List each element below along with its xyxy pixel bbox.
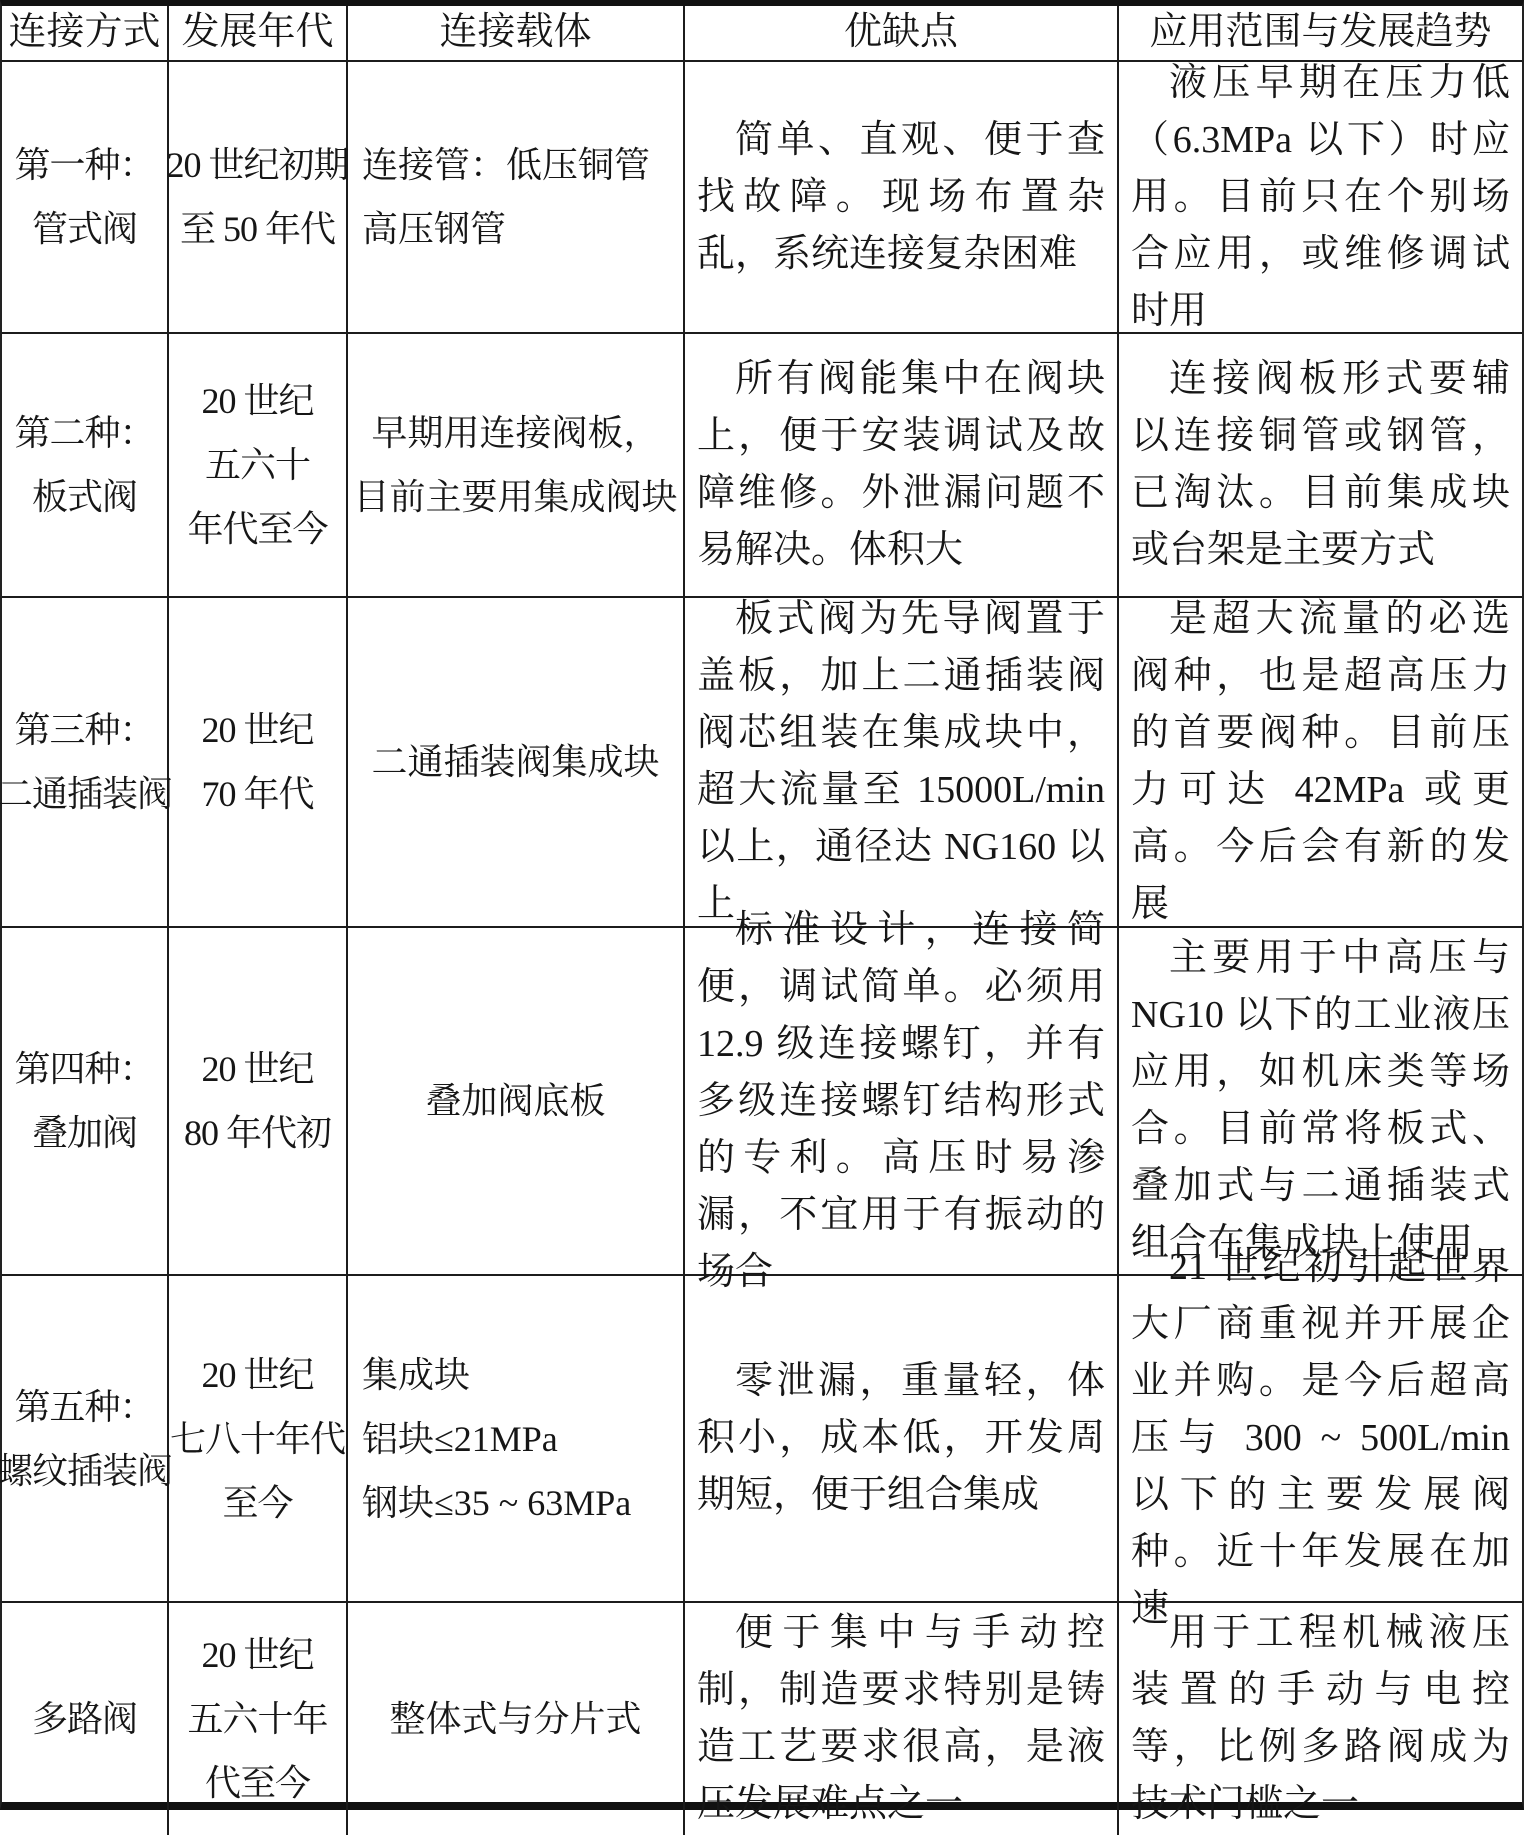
cell-application: 主要用于中高压与 NG10 以下的工业液压应用，如机床类等场合。目前常将板式、叠… (1119, 928, 1522, 1276)
text-line: 叠加阀 (32, 1101, 137, 1165)
header-label: 发展年代 (181, 12, 333, 54)
text-line: 整体式与分片式 (389, 1687, 641, 1751)
text-line: 第五种： (14, 1375, 154, 1439)
text-line: 螺纹插装阀 (0, 1439, 172, 1503)
cell-era: 20 世纪七八十年代至今 (169, 1276, 348, 1603)
cell-paragraph: 是超大流量的必选阀种，也是超高压力的首要阀种。目前压力可达 42MPa 或更高。… (1131, 591, 1510, 933)
cell-era: 20 世纪五六十年代至今 (169, 1603, 348, 1835)
scanned-table-page: 连接方式 发展年代 连接载体 优缺点 应用范围与发展趋势 第一种：管式阀 20 … (0, 0, 1524, 1810)
cell-application: 是超大流量的必选阀种，也是超高压力的首要阀种。目前压力可达 42MPa 或更高。… (1119, 598, 1522, 928)
cell-application: 连接阀板形式要辅以连接铜管或钢管，已淘汰。目前集成块或台架是主要方式 (1119, 334, 1522, 598)
text-line: 板式阀 (32, 465, 137, 529)
text-line: 叠加阀底板 (425, 1069, 605, 1133)
text-line: 第二种： (14, 401, 154, 465)
cell-connection-method: 第二种：板式阀 (2, 334, 169, 598)
text-line: 20 世纪 (201, 1037, 313, 1101)
cell-application: 用于工程机械液压装置的手动与电控等，比例多路阀成为技术门槛之一 (1119, 1603, 1522, 1835)
cell-paragraph: 简单、直观、便于查找故障。现场布置杂乱，系统连接复杂困难 (697, 112, 1105, 283)
text-line: 连接管：低压铜管 (362, 133, 650, 197)
cell-era: 20 世纪80 年代初 (169, 928, 348, 1276)
text-line: 80 年代初 (184, 1101, 331, 1165)
text-line: 早期用连接阀板， (371, 401, 659, 465)
text-line: 铝块≤21MPa (362, 1407, 558, 1471)
text-line: 五六十年 (187, 1687, 327, 1751)
cell-carrier: 集成块铝块≤21MPa钢块≤35 ~ 63MPa (348, 1276, 685, 1603)
cell-paragraph: 板式阀为先导阀置于盖板，加上二通插装阀阀芯组装在集成块中，超大流量至 15000… (697, 591, 1105, 933)
cell-paragraph: 主要用于中高压与 NG10 以下的工业液压应用，如机床类等场合。目前常将板式、叠… (1131, 930, 1510, 1272)
text-line: 五六十 (205, 433, 310, 497)
text-line: 第三种： (14, 698, 154, 762)
cell-connection-method: 第三种：二通插装阀 (2, 598, 169, 928)
header-label: 连接方式 (8, 12, 160, 54)
cell-era: 20 世纪五六十年代至今 (169, 334, 348, 598)
text-line: 20 世纪 (201, 698, 313, 762)
cell-carrier: 早期用连接阀板，目前主要用集成阀块 (348, 334, 685, 598)
header-cell-connection-method: 连接方式 (2, 6, 169, 62)
text-line: 目前主要用集成阀块 (353, 465, 677, 529)
header-label: 优缺点 (844, 12, 958, 54)
text-line: 20 世纪 (201, 1623, 313, 1687)
text-line: 第四种： (14, 1037, 154, 1101)
cell-connection-method: 第一种：管式阀 (2, 62, 169, 334)
header-cell-carrier: 连接载体 (348, 6, 685, 62)
text-line: 二通插装阀集成块 (371, 730, 659, 794)
cell-paragraph: 标准设计，连接简便，调试简单。必须用 12.9 级连接螺钉，并有多级连接螺钉结构… (697, 902, 1105, 1301)
text-line: 70 年代 (201, 762, 313, 826)
cell-carrier: 连接管：低压铜管高压钢管 (348, 62, 685, 334)
cell-carrier: 整体式与分片式 (348, 1603, 685, 1835)
cell-connection-method: 第四种：叠加阀 (2, 928, 169, 1276)
cell-era: 20 世纪初期至 50 年代 (169, 62, 348, 334)
header-cell-pros-cons: 优缺点 (685, 6, 1119, 62)
text-line: 钢块≤35 ~ 63MPa (362, 1471, 631, 1535)
text-line: 至 50 年代 (180, 197, 335, 261)
cell-paragraph: 零泄漏，重量轻，体积小，成本低，开发周期短，便于组合集成 (697, 1353, 1105, 1524)
cell-application: 液压早期在压力低（6.3MPa 以下）时应用。目前只在个别场合应用，或维修调试时… (1119, 62, 1522, 334)
cell-connection-method: 多路阀 (2, 1603, 169, 1835)
text-line: 高压钢管 (362, 197, 506, 261)
cell-paragraph: 用于工程机械液压装置的手动与电控等，比例多路阀成为技术门槛之一 (1131, 1605, 1510, 1833)
cell-application: 21 世纪初引起世界大厂商重视并开展企业并购。是今后超高压与 300 ~ 500… (1119, 1276, 1522, 1603)
cell-pros-cons: 标准设计，连接简便，调试简单。必须用 12.9 级连接螺钉，并有多级连接螺钉结构… (685, 928, 1119, 1276)
text-line: 二通插装阀 (0, 762, 172, 826)
text-line: 七八十年代 (170, 1407, 345, 1471)
text-line: 代至今 (205, 1751, 310, 1815)
cell-connection-method: 第五种：螺纹插装阀 (2, 1276, 169, 1603)
text-line: 多路阀 (32, 1687, 137, 1751)
text-line: 集成块 (362, 1343, 470, 1407)
cell-pros-cons: 简单、直观、便于查找故障。现场布置杂乱，系统连接复杂困难 (685, 62, 1119, 334)
valve-connection-table: 连接方式 发展年代 连接载体 优缺点 应用范围与发展趋势 第一种：管式阀 20 … (2, 6, 1522, 1802)
header-label: 连接载体 (439, 12, 591, 54)
header-label: 应用范围与发展趋势 (1149, 12, 1491, 54)
text-line: 20 世纪 (201, 369, 313, 433)
cell-paragraph: 21 世纪初引起世界大厂商重视并开展企业并购。是今后超高压与 300 ~ 500… (1131, 1239, 1510, 1638)
cell-era: 20 世纪70 年代 (169, 598, 348, 928)
cell-pros-cons: 所有阀能集中在阀块上，便于安装调试及故障维修。外泄漏问题不易解决。体积大 (685, 334, 1119, 598)
cell-carrier: 二通插装阀集成块 (348, 598, 685, 928)
text-line: 年代至今 (187, 497, 327, 561)
text-line: 20 世纪 (201, 1343, 313, 1407)
cell-carrier: 叠加阀底板 (348, 928, 685, 1276)
cell-paragraph: 连接阀板形式要辅以连接铜管或钢管，已淘汰。目前集成块或台架是主要方式 (1131, 351, 1510, 579)
text-line: 管式阀 (32, 197, 137, 261)
header-cell-era: 发展年代 (169, 6, 348, 62)
text-line: 至今 (222, 1471, 292, 1535)
cell-paragraph: 所有阀能集中在阀块上，便于安装调试及故障维修。外泄漏问题不易解决。体积大 (697, 351, 1105, 579)
text-line: 20 世纪初期 (167, 133, 349, 197)
cell-pros-cons: 零泄漏，重量轻，体积小，成本低，开发周期短，便于组合集成 (685, 1276, 1119, 1603)
cell-paragraph: 便于集中与手动控制，制造要求特别是铸造工艺要求很高，是液压发展难点之一 (697, 1605, 1105, 1833)
text-line: 第一种： (14, 133, 154, 197)
cell-paragraph: 液压早期在压力低（6.3MPa 以下）时应用。目前只在个别场合应用，或维修调试时… (1131, 55, 1510, 340)
cell-pros-cons: 便于集中与手动控制，制造要求特别是铸造工艺要求很高，是液压发展难点之一 (685, 1603, 1119, 1835)
cell-pros-cons: 板式阀为先导阀置于盖板，加上二通插装阀阀芯组装在集成块中，超大流量至 15000… (685, 598, 1119, 928)
